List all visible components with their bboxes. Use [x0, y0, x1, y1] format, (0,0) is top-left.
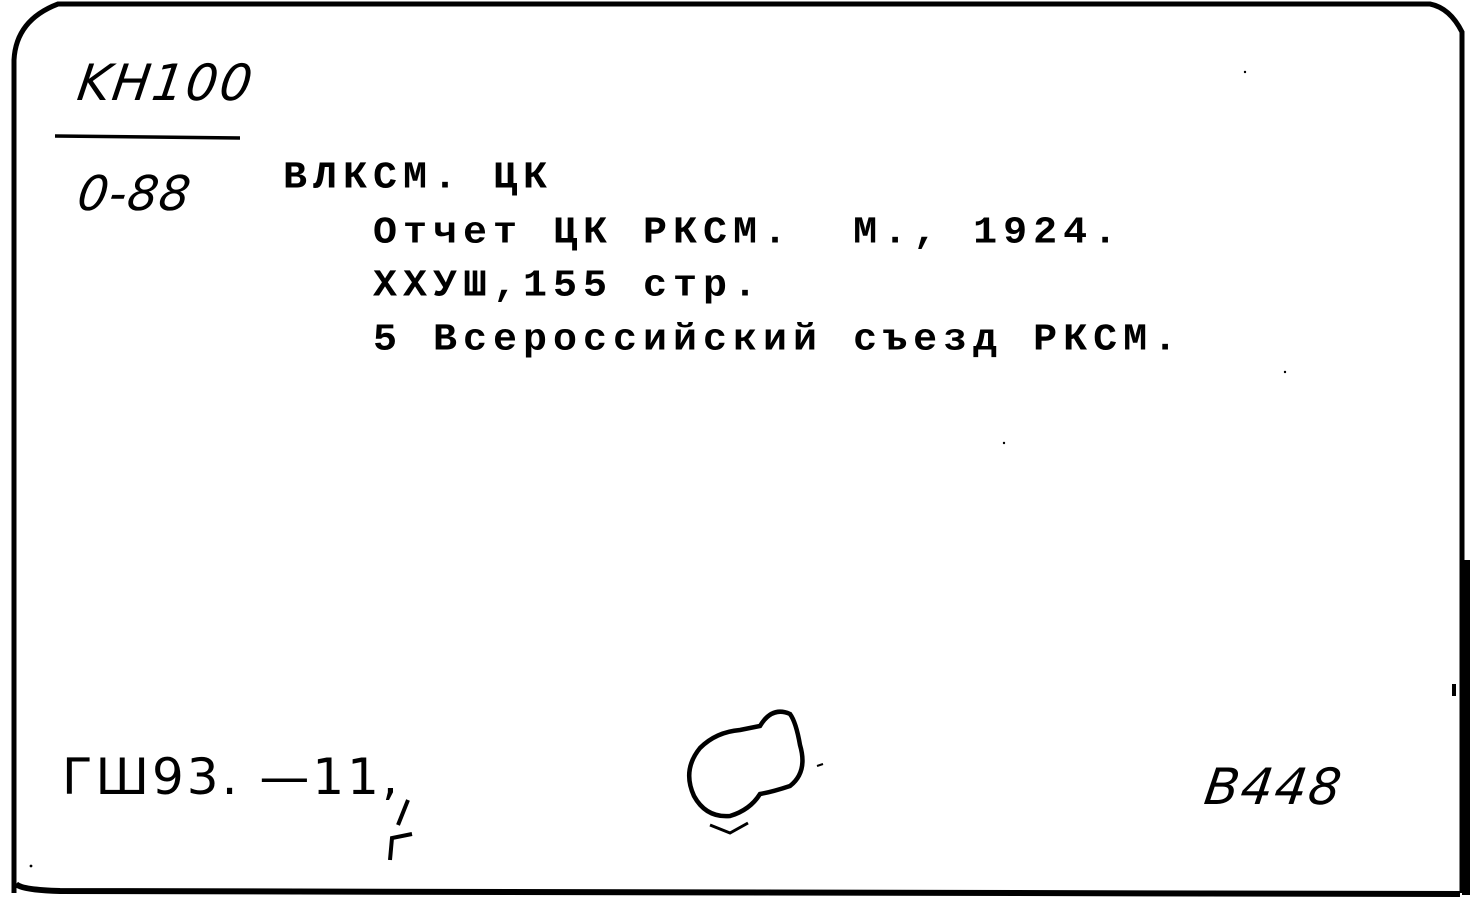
- card-right-edge-thick: [1462, 560, 1470, 895]
- seal-icon: [689, 712, 823, 833]
- inventory-sub-mark: [390, 834, 412, 860]
- entry-pagination-line: XXУШ,155 стр.: [373, 268, 763, 306]
- entry-heading: ВЛКСМ. ЦК: [283, 160, 553, 198]
- card-bottom-edge: [16, 884, 1460, 894]
- inventory-number-right: В448: [1201, 762, 1346, 812]
- call-number-bottom: 0-88: [75, 170, 195, 218]
- call-number-top: KH100: [74, 58, 257, 108]
- entry-note-line: 5 Всероссийский съезд РКСМ.: [373, 322, 1183, 360]
- entry-title-line: Отчет ЦК РКСМ. М., 1924.: [373, 215, 1123, 253]
- inventory-number-left: ГШ93. —11,: [62, 752, 401, 802]
- call-number-divider: [55, 136, 240, 138]
